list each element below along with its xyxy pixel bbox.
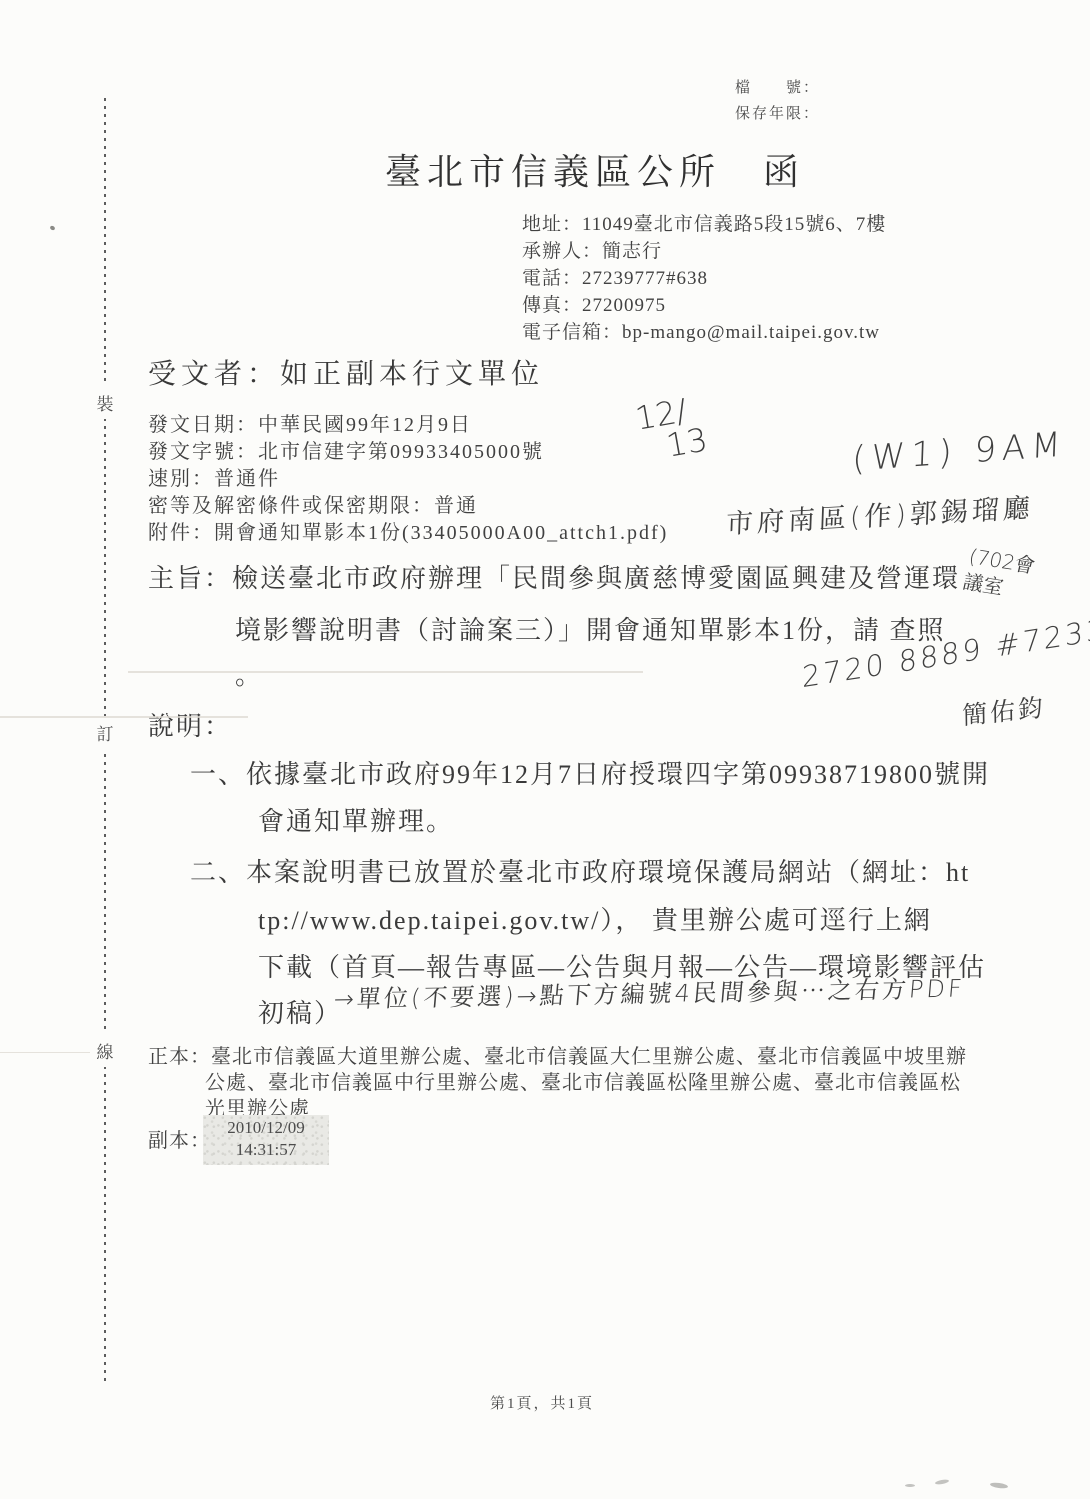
handwritten-date-day: 13: [664, 424, 709, 461]
scan-smudge: [990, 1482, 1009, 1489]
received-timestamp-stamp: 2010/12/09 14:31:57: [203, 1115, 329, 1165]
binding-mark-zhuang: 裝: [88, 386, 122, 419]
issue-date-line: 發文日期：中華民國99年12月9日: [148, 412, 472, 438]
retention-period-label: 保存年限：: [735, 102, 820, 123]
handwritten-signature: 簡佑鈞: [962, 688, 1046, 733]
handwritten-room: (702會議室: [961, 543, 1042, 605]
handwritten-location: 市府南區(作)郭錫瑠廳: [726, 486, 1035, 541]
stamp-time: 14:31:57: [203, 1139, 329, 1161]
document-title: 臺北市信義區公所 函: [385, 144, 805, 195]
page-number-footer: 第1頁，共1頁: [490, 1392, 594, 1413]
speed-class-line: 速別：普通件: [148, 466, 280, 492]
explanation-item1-line2: 會通知單辦理。: [258, 801, 454, 838]
scan-streak: [0, 716, 248, 718]
subject-line-3: 。: [235, 655, 263, 692]
subject-line-2: 境影響說明書（討論案三）」開會通知單影本1份，請 查照: [235, 610, 946, 647]
file-number-label: 檔 號：: [735, 76, 820, 97]
scan-streak: [128, 671, 643, 673]
sender-contact-person: 承辦人：簡志行: [522, 239, 662, 265]
recipient-line: 受文者：如正副本行文單位: [148, 352, 544, 392]
stamp-date: 2010/12/09: [203, 1117, 329, 1139]
explanation-item2-line2: tp://www.dep.taipei.gov.tw/）， 貴里辦公處可逕行上網: [258, 900, 932, 937]
original-copy-line2: 公處、臺北市信義區中行里辦公處、臺北市信義區松隆里辦公處、臺北市信義區松: [205, 1066, 961, 1095]
binding-mark-xian: 線: [88, 1034, 122, 1067]
explanation-item1-line1: 一、依據臺北市政府99年12月7日府授環四字第09938719800號開: [190, 754, 990, 791]
original-copy-line1: 正本：臺北市信義區大道里辦公處、臺北市信義區大仁里辦公處、臺北市信義區中坡里辦: [148, 1040, 967, 1069]
scan-streak: [0, 1052, 90, 1053]
attachment-line: 附件：開會通知單影本1份(33405000A00_attch1.pdf): [148, 520, 668, 546]
scan-smudge: [905, 1484, 915, 1487]
doc-number-line: 發文字號：北市信建字第09933405000號: [148, 439, 544, 465]
handwritten-date: 12/ 13: [633, 393, 709, 466]
subject-line-1: 主旨：檢送臺北市政府辦理「民間參與廣慈博愛園區興建及營運環: [148, 558, 960, 595]
handwritten-time: (W1) 9AM: [852, 424, 1068, 479]
scan-smudge: [935, 1479, 949, 1485]
explanation-heading: 說明：: [148, 706, 232, 743]
binding-mark-ding: 訂: [88, 716, 122, 749]
explanation-item2-line4: 初稿）: [258, 993, 342, 1030]
security-class-line: 密等及解密條件或保密期限：普通: [148, 493, 478, 519]
sender-fax: 傳真：27200975: [522, 293, 666, 319]
sender-address: 地址：11049臺北市信義路5段15號6、7樓: [522, 212, 886, 238]
carbon-copy-label: 副本：: [148, 1124, 211, 1153]
explanation-item2-line1: 二、本案說明書已放置於臺北市政府環境保護局網站（網址：ht: [190, 852, 970, 889]
sender-email: 電子信箱：bp-mango@mail.taipei.gov.tw: [522, 320, 880, 346]
ink-speck: [49, 225, 55, 231]
sender-phone: 電話：27239777#638: [522, 266, 708, 292]
scanned-official-letter: 裝 訂 線 檔 號： 保存年限： 臺北市信義區公所 函 地址：11049臺北市信…: [0, 0, 1090, 1499]
